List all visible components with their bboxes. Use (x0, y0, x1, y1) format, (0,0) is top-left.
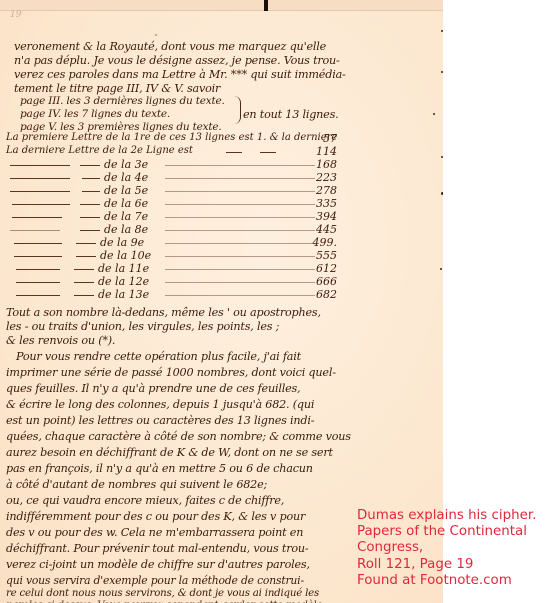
ink-speck (155, 34, 157, 36)
text-line: imprimer une série de passé 1000 nombres… (6, 366, 336, 379)
folio-number: 19 (10, 10, 21, 20)
caption-roll-page: Roll 121, Page 19 (357, 557, 555, 573)
row-label: de la 8e (104, 223, 148, 236)
text-line: & les renvois ou (*). (6, 334, 115, 347)
ink-speck (441, 156, 443, 158)
dash (16, 282, 60, 283)
dash (165, 191, 315, 192)
row-label: La derniere Lettre de la 2e Ligne est (6, 145, 193, 156)
caption-source-cont: Congress, (357, 540, 555, 556)
row-number: 57 (323, 132, 337, 145)
binding-tab (264, 0, 268, 11)
text-line: & écrire le long des colonnes, depuis 1 … (6, 398, 314, 411)
text-line: verez ci-joint un modèle de chiffre sur … (6, 558, 310, 571)
dash (165, 256, 315, 257)
table-row: de la 4e 223 (0, 171, 440, 185)
table-row: de la 13e 682 (0, 288, 440, 302)
row-number: 223 (316, 171, 337, 184)
dash (165, 295, 315, 296)
dash (12, 217, 62, 218)
row-label: de la 6e (104, 197, 148, 210)
dash (76, 243, 96, 244)
text-line: est un point) les lettres ou caractères … (6, 414, 314, 427)
text-line: veronement & la Royauté, dont vous me ma… (14, 40, 326, 53)
row-number: 445 (316, 223, 337, 236)
text-line: verez ces paroles dans ma Lettre à Mr. *… (14, 68, 346, 81)
dash (165, 204, 315, 205)
ink-speck (433, 113, 435, 115)
dash (165, 230, 315, 231)
ink-speck (441, 30, 443, 32)
page-refs-total: en tout 13 lignes. (243, 108, 339, 121)
row-number: 612 (316, 262, 337, 275)
dash (165, 165, 315, 166)
row-label: de la 3e (104, 158, 148, 171)
dash (80, 204, 100, 205)
table-row: de la 9e 499. (0, 236, 440, 250)
dash (14, 256, 62, 257)
text-line: les - ou traits d'union, les virgules, l… (6, 320, 279, 333)
dash (10, 165, 70, 166)
text-line: aurez besoin en déchiffrant de K & de W,… (6, 446, 333, 459)
text-line: Pour vous rendre cette opération plus fa… (16, 350, 301, 363)
row-number: 114 (316, 145, 337, 158)
text-line: tement le titre page III, IV & V. savoir (14, 82, 220, 95)
dash (10, 178, 70, 179)
text-line: re celui dont nous nous servirons, & don… (6, 588, 319, 599)
dash (165, 243, 315, 244)
text-line: des v ou pour des w. Cela ne m'embarrass… (6, 526, 303, 539)
dash (80, 217, 100, 218)
dash (74, 295, 94, 296)
dash (14, 243, 62, 244)
table-row: de la 10e 555 (0, 249, 440, 263)
dash (82, 191, 100, 192)
text-line: pas en françois, il n'y a qu'à en mettre… (6, 462, 313, 475)
text-line: ou, ce qui vaudra encore mieux, faites c… (6, 494, 284, 507)
caption-source: Papers of the Continental (357, 524, 555, 540)
text-line: indifféremment pour des c ou pour des K,… (6, 510, 305, 523)
dash (80, 165, 100, 166)
table-row: de la 5e 278 (0, 184, 440, 198)
dash (165, 178, 315, 179)
dash (16, 295, 60, 296)
row-number: 168 (316, 158, 337, 171)
table-row: de la 7e 394 (0, 210, 440, 224)
dash (260, 152, 276, 153)
dash (80, 230, 100, 231)
dash (10, 230, 60, 231)
text-line: Tout a son nombre là-dedans, même les ' … (6, 306, 321, 319)
brace-mark (234, 96, 241, 124)
table-row: de la 8e 445 (0, 223, 440, 237)
text-line: déchiffrant. Pour prévenir tout mal-ente… (6, 542, 309, 555)
caption: Dumas explains his cipher. Papers of the… (357, 508, 555, 589)
row-label: de la 12e (98, 275, 149, 288)
table-row: La premiere Lettre de la 1re de ces 13 l… (0, 132, 440, 146)
row-label: de la 5e (104, 184, 148, 197)
text-line: quées, chaque caractère à côté de son no… (6, 430, 351, 443)
row-number: 499. (313, 236, 338, 249)
row-label: de la 10e (100, 249, 151, 262)
dash (226, 152, 242, 153)
row-label: de la 13e (98, 288, 149, 301)
text-line: à côté d'autant de nombres qui suivent l… (6, 478, 267, 491)
row-label: de la 9e (100, 236, 144, 249)
dash (16, 269, 60, 270)
dash (74, 282, 94, 283)
page-ref-line: page IV. les 7 lignes du texte. (20, 108, 170, 120)
row-label: de la 4e (104, 171, 148, 184)
row-number: 666 (316, 275, 337, 288)
row-number: 394 (316, 210, 337, 223)
row-label: de la 11e (98, 262, 149, 275)
page-ref-line: page III. les 3 dernières lignes du text… (20, 95, 225, 107)
row-number: 278 (316, 184, 337, 197)
caption-title: Dumas explains his cipher. (357, 508, 555, 524)
dash (10, 191, 70, 192)
table-row: de la 11e 612 (0, 262, 440, 276)
caption-credit: Found at Footnote.com (357, 573, 555, 589)
dash (76, 256, 96, 257)
table-row: de la 12e 666 (0, 275, 440, 289)
table-row: de la 6e 335 (0, 197, 440, 211)
row-number: 335 (316, 197, 337, 210)
table-row: La derniere Lettre de la 2e Ligne est 11… (0, 145, 440, 159)
row-label: La premiere Lettre de la 1re de ces 13 l… (6, 132, 337, 143)
ink-speck (441, 192, 443, 195)
dash (12, 204, 70, 205)
table-row: de la 3e 168 (0, 158, 440, 172)
dash (165, 282, 315, 283)
dash (165, 217, 315, 218)
dash (165, 269, 315, 270)
row-number: 682 (316, 288, 337, 301)
text-line: n'a pas déplu. Je vous le désigne assez,… (14, 54, 340, 67)
text-line: qui vous servira d'exemple pour la métho… (6, 574, 304, 587)
dash (74, 269, 94, 270)
text-line: ques feuilles. Il n'y a qu'à prendre une… (6, 382, 300, 395)
dash (82, 178, 100, 179)
page-top-edge (0, 0, 443, 11)
ink-speck (440, 268, 442, 270)
row-label: de la 7e (104, 210, 148, 223)
row-number: 555 (316, 249, 337, 262)
ink-speck (441, 71, 443, 73)
